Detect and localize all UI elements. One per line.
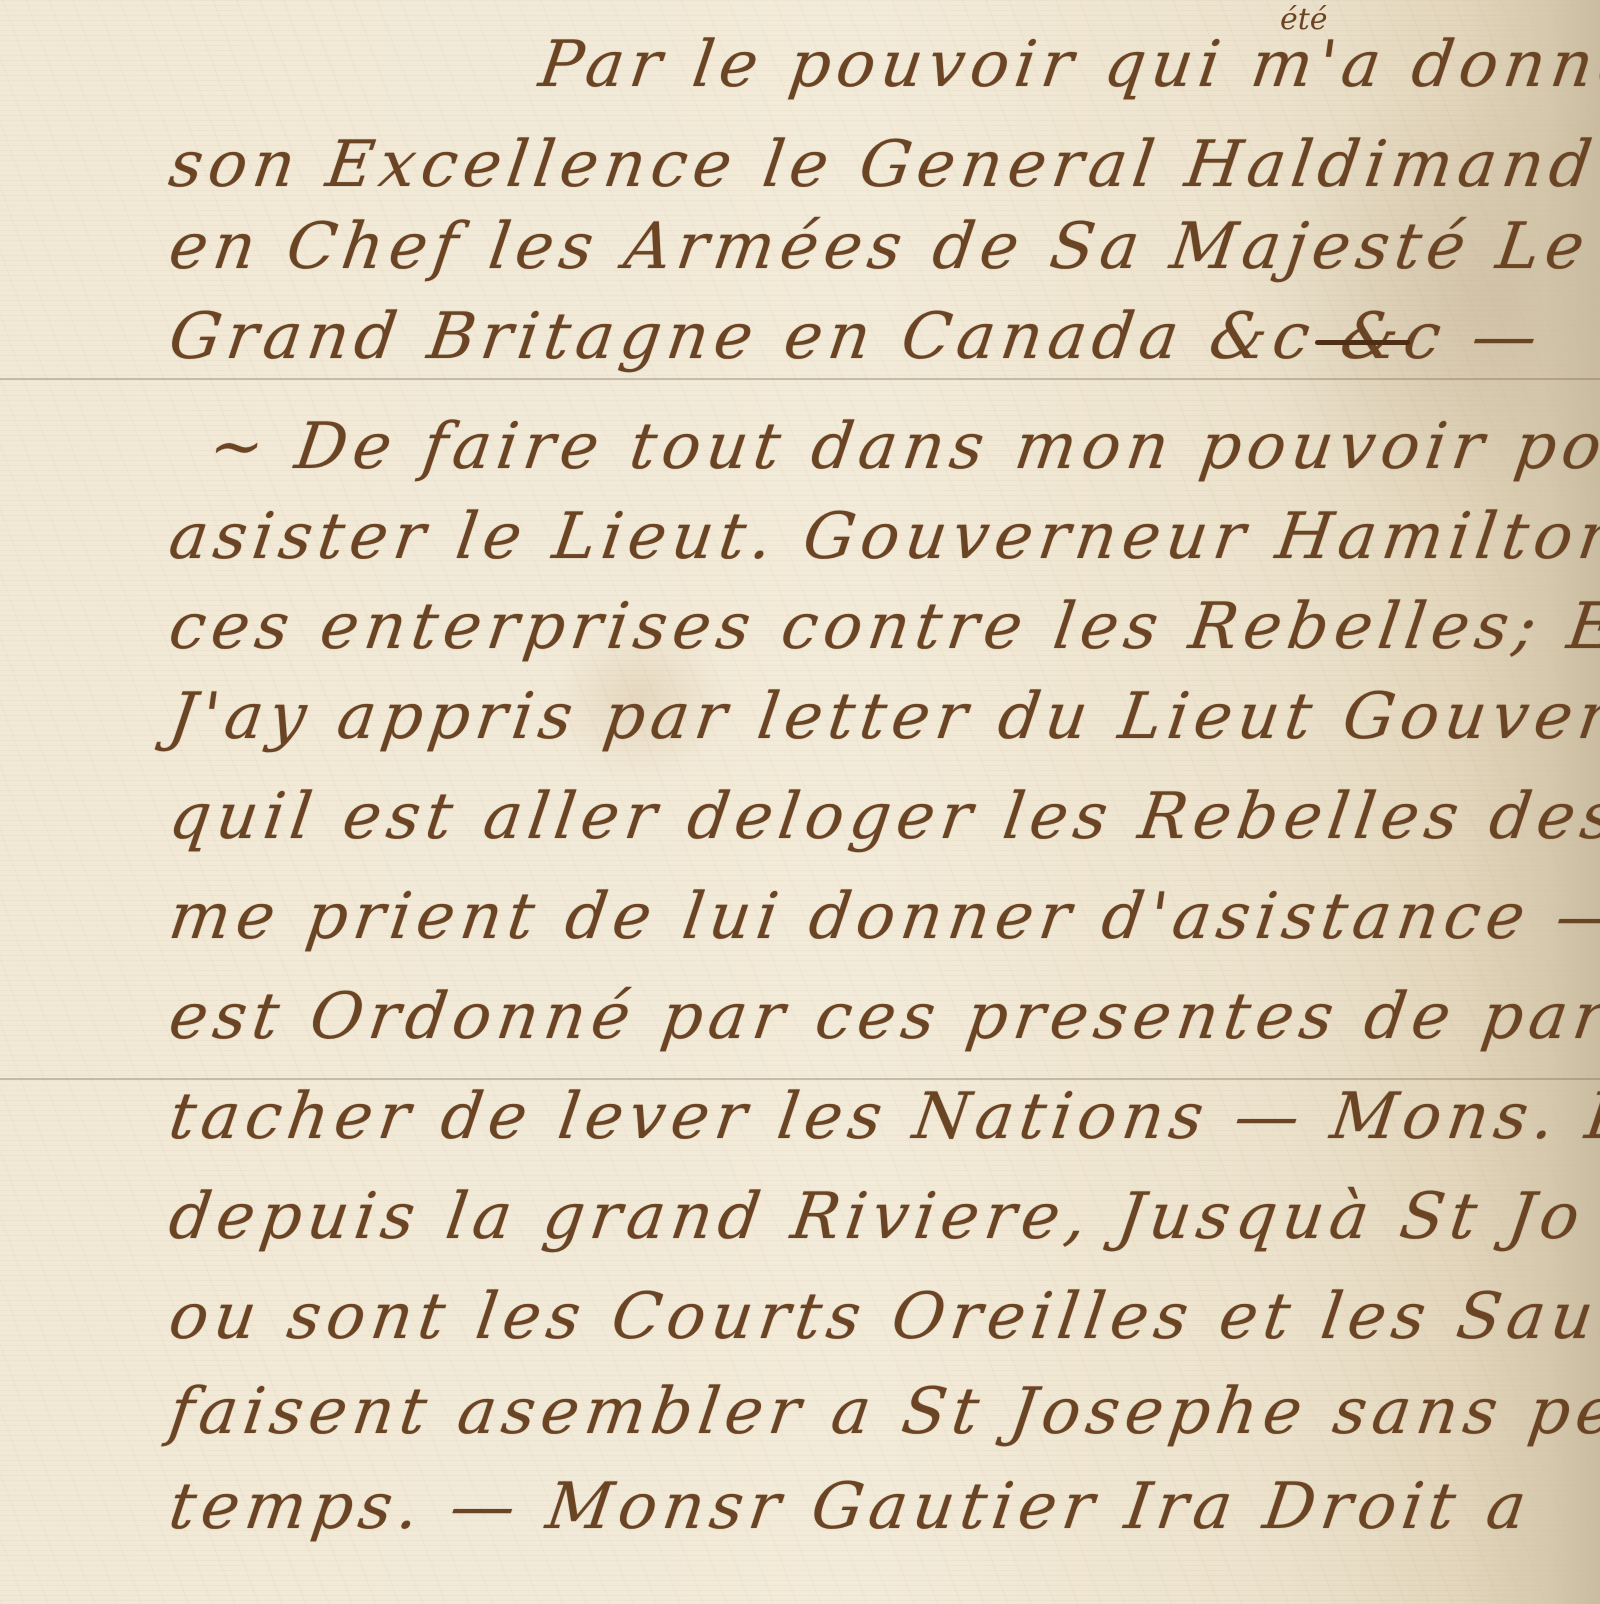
manuscript-line: quil est aller deloger les Rebelles des … [165,780,1600,854]
fold-crease [0,378,1600,380]
manuscript-line: temps. — Monsr Gautier Ira Droit a [165,1470,1537,1544]
manuscript-line: depuis la grand Riviere, Jusquà St Jo [165,1180,1590,1254]
manuscript-line: en Chef les Armées de Sa Majesté Le Roy … [165,210,1600,284]
closing-flourish [1315,340,1410,345]
manuscript-line: son Excellence le General Haldimand Comm… [165,128,1600,202]
manuscript-line: Grand Britagne en Canada &c &c — [165,300,1548,374]
manuscript-line: ou sont les Courts Oreilles et les Saute… [165,1280,1600,1354]
manuscript-line: est Ordonné par ces presentes de parti [165,980,1600,1054]
manuscript-line: ~ De faire tout dans mon pouvoir pour [205,410,1600,484]
manuscript-line: me prient de lui donner d'asistance — [165,880,1600,954]
manuscript-line: J'ay appris par letter du Lieut Gouverne… [165,680,1600,754]
manuscript-line: Par le pouvoir qui m'a donné, [535,28,1600,102]
manuscript-line: ces enterprises contre les Rebelles; Et … [165,590,1600,664]
manuscript-line: faisent asembler a St Josephe sans perte [165,1375,1600,1449]
manuscript-line: tacher de lever les Nations — Mons. La [165,1080,1600,1154]
manuscript-line: asister le Lieut. Gouverneur Hamilton da… [165,500,1600,574]
